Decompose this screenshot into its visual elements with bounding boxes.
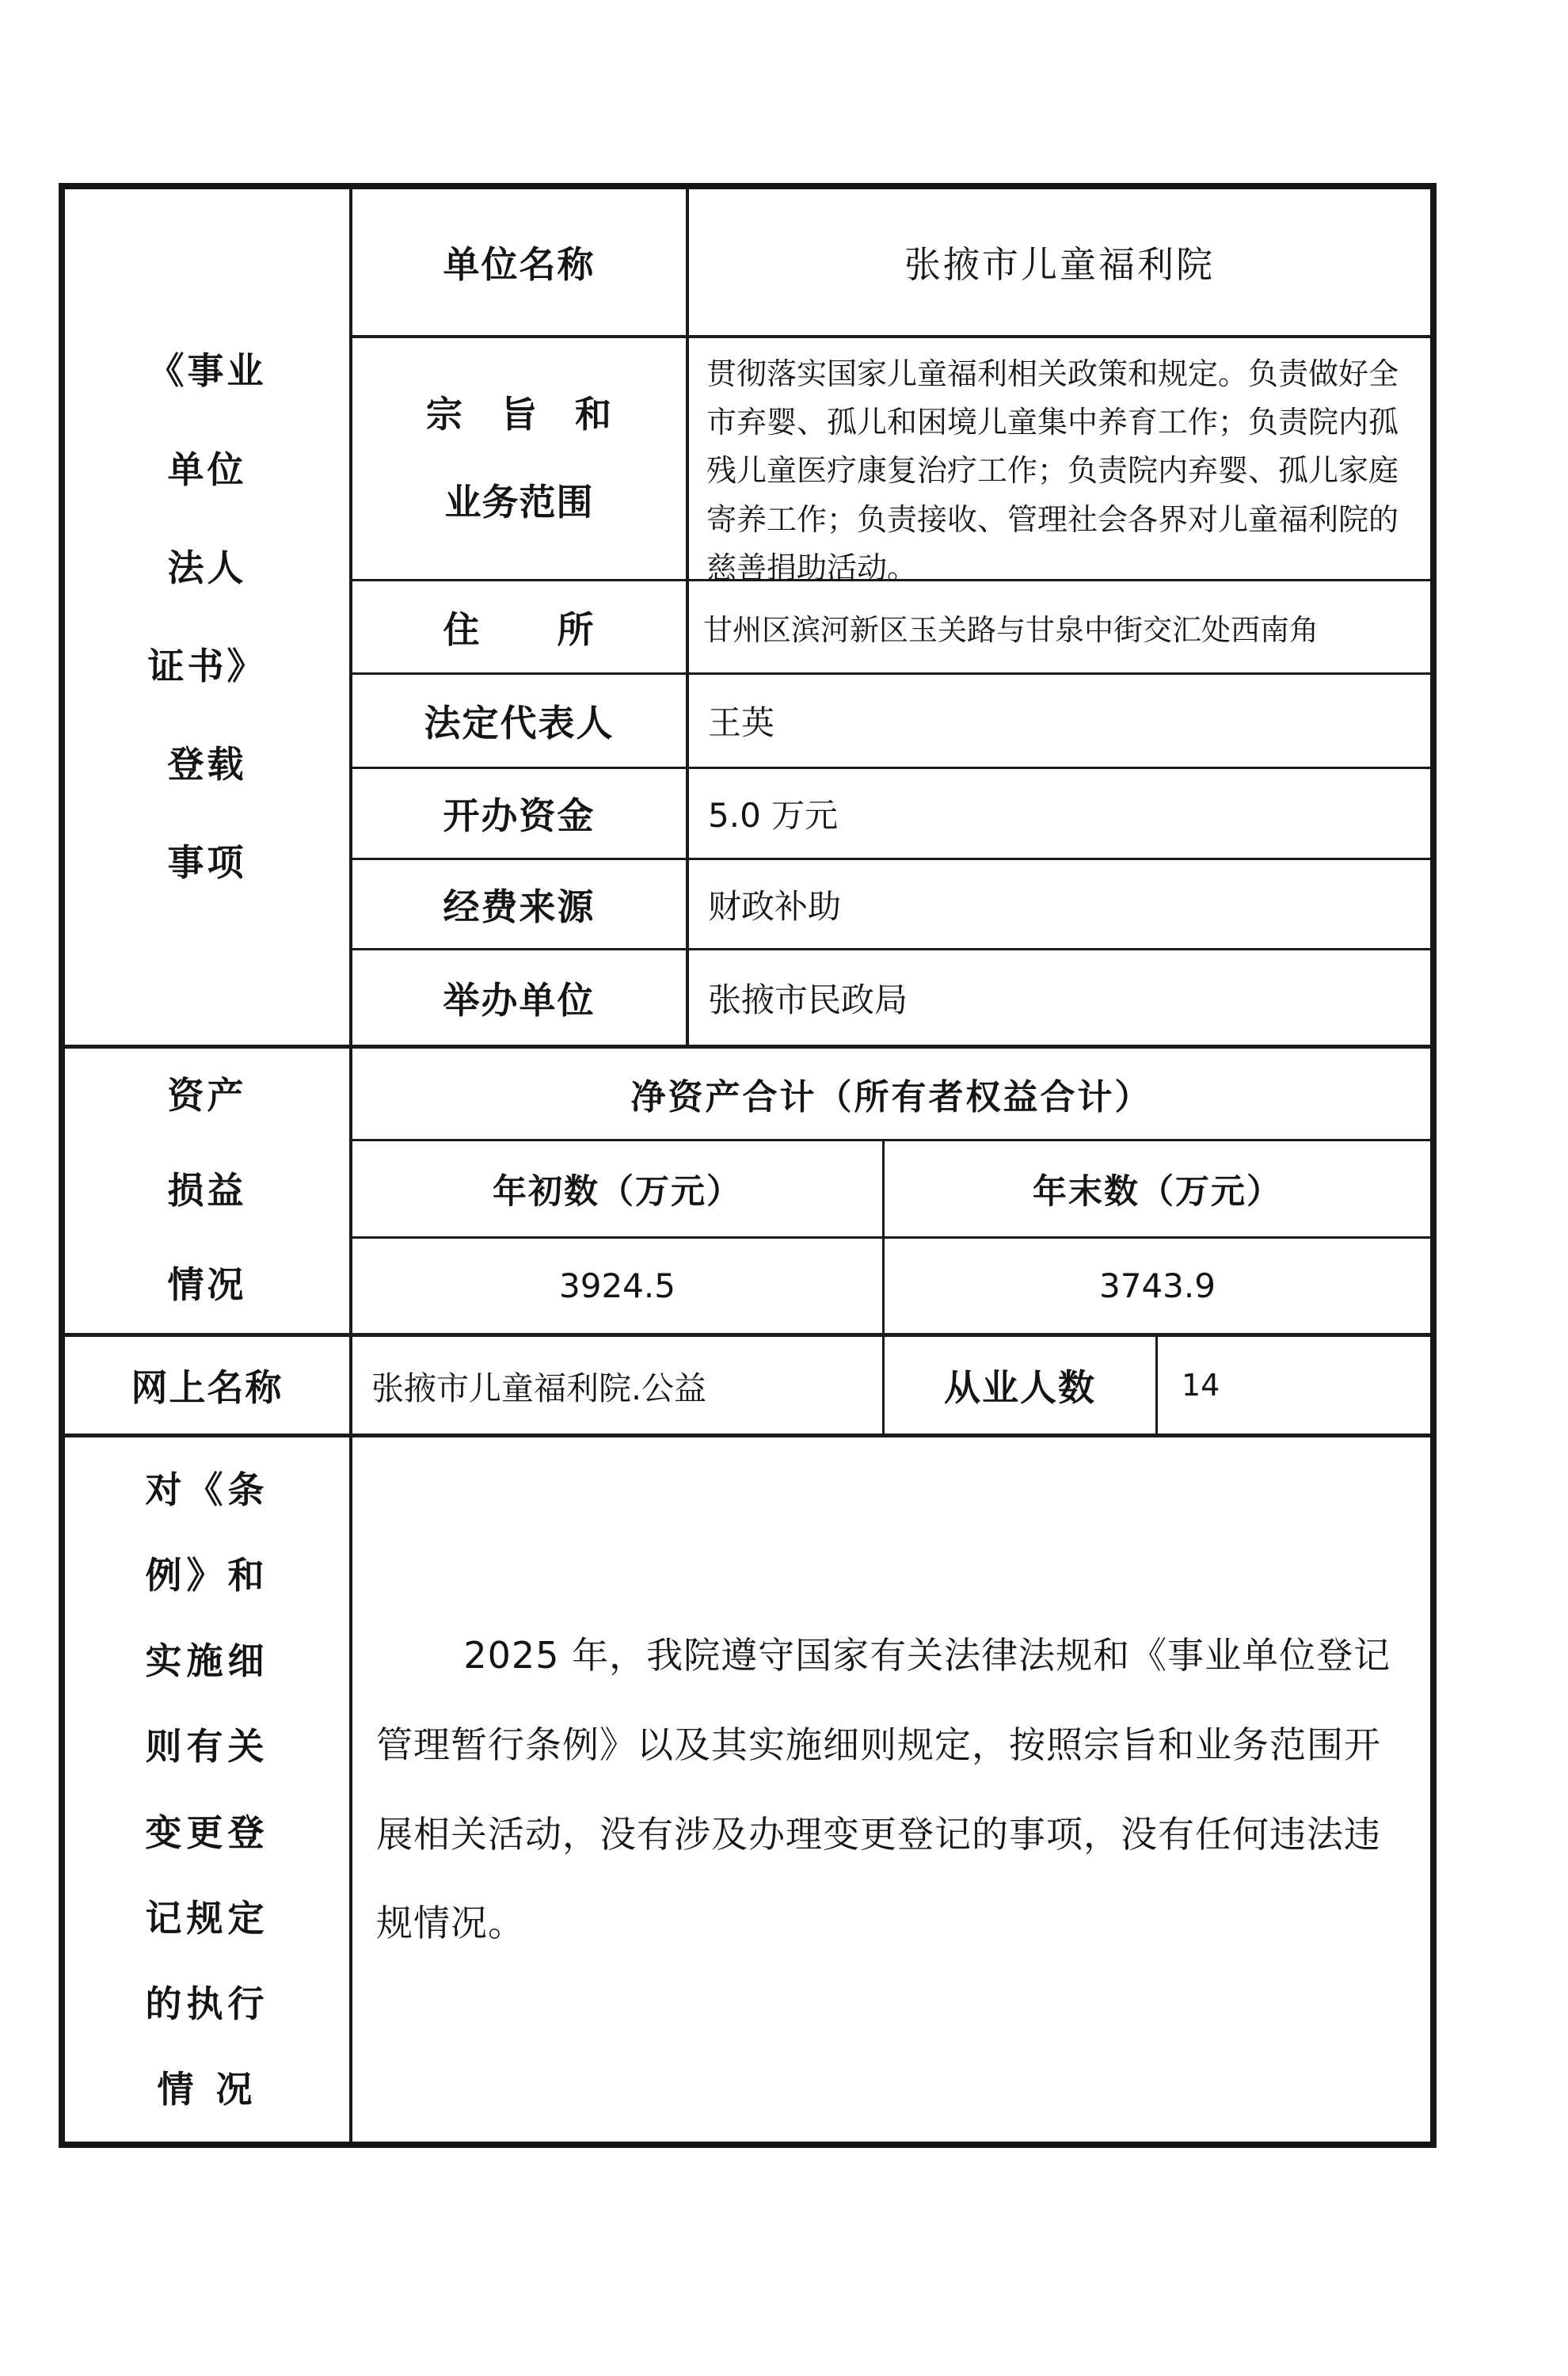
legal-representative-value: 王英: [689, 675, 1430, 767]
annual-report-scan-page: 《事业单位法人证书》登载事项 单位名称 张掖市儿童福利院 宗 旨 和 业务范围 …: [0, 0, 1568, 2376]
net-assets-header: 净资产合计（所有者权益合计）: [352, 1049, 1430, 1139]
online-name-value: 张掖市儿童福利院.公益: [352, 1337, 882, 1434]
residence-value: 甘州区滨河新区玉关路与甘泉中街交汇处西南角: [689, 581, 1430, 672]
staff-count-label: 从业人数: [885, 1337, 1155, 1434]
online-name-label: 网上名称: [65, 1337, 349, 1434]
sponsor-unit-label: 举办单位: [352, 950, 686, 1045]
mission-label-line2: 业务范围: [445, 459, 594, 546]
compliance-statement-text: 2025 年，我院遵守国家有关法律法规和《事业单位登记管理暂行条例》以及其实施细…: [352, 1611, 1430, 1968]
legal-representative-label: 法定代表人: [352, 675, 686, 767]
unit-name-value: 张掖市儿童福利院: [689, 189, 1430, 335]
staff-count-value: 14: [1158, 1337, 1430, 1434]
unit-name-label: 单位名称: [352, 189, 686, 335]
compliance-section-label: 对《条例》和实施细则有关变更登记规定的执行情 况: [65, 1437, 349, 2142]
end-of-year-header: 年末数（万元）: [885, 1141, 1430, 1236]
assets-section-label: 资产损益情况: [65, 1049, 349, 1333]
compliance-statement-cell: 2025 年，我院遵守国家有关法律法规和《事业单位登记管理暂行条例》以及其实施细…: [352, 1437, 1430, 2142]
funding-source-label: 经费来源: [352, 860, 686, 948]
residence-label: 住 所: [352, 581, 686, 672]
funding-source-value: 财政补助: [689, 860, 1430, 948]
mission-label-line1: 宗 旨 和: [426, 371, 612, 458]
opening-capital-value: 5.0 万元: [689, 769, 1430, 858]
certificate-section-label: 《事业单位法人证书》登载事项: [65, 189, 349, 1045]
mission-scope-value: 贯彻落实国家儿童福利相关政策和规定。负责做好全市弃婴、孤儿和困境儿童集中养育工作…: [689, 337, 1430, 579]
start-of-year-header: 年初数（万元）: [352, 1141, 882, 1236]
report-table: 《事业单位法人证书》登载事项 单位名称 张掖市儿童福利院 宗 旨 和 业务范围 …: [59, 183, 1437, 2148]
opening-capital-label: 开办资金: [352, 769, 686, 858]
end-of-year-value: 3743.9: [885, 1239, 1430, 1333]
start-of-year-value: 3924.5: [352, 1239, 882, 1333]
mission-scope-label: 宗 旨 和 业务范围: [352, 337, 686, 579]
sponsor-unit-value: 张掖市民政局: [689, 950, 1430, 1045]
